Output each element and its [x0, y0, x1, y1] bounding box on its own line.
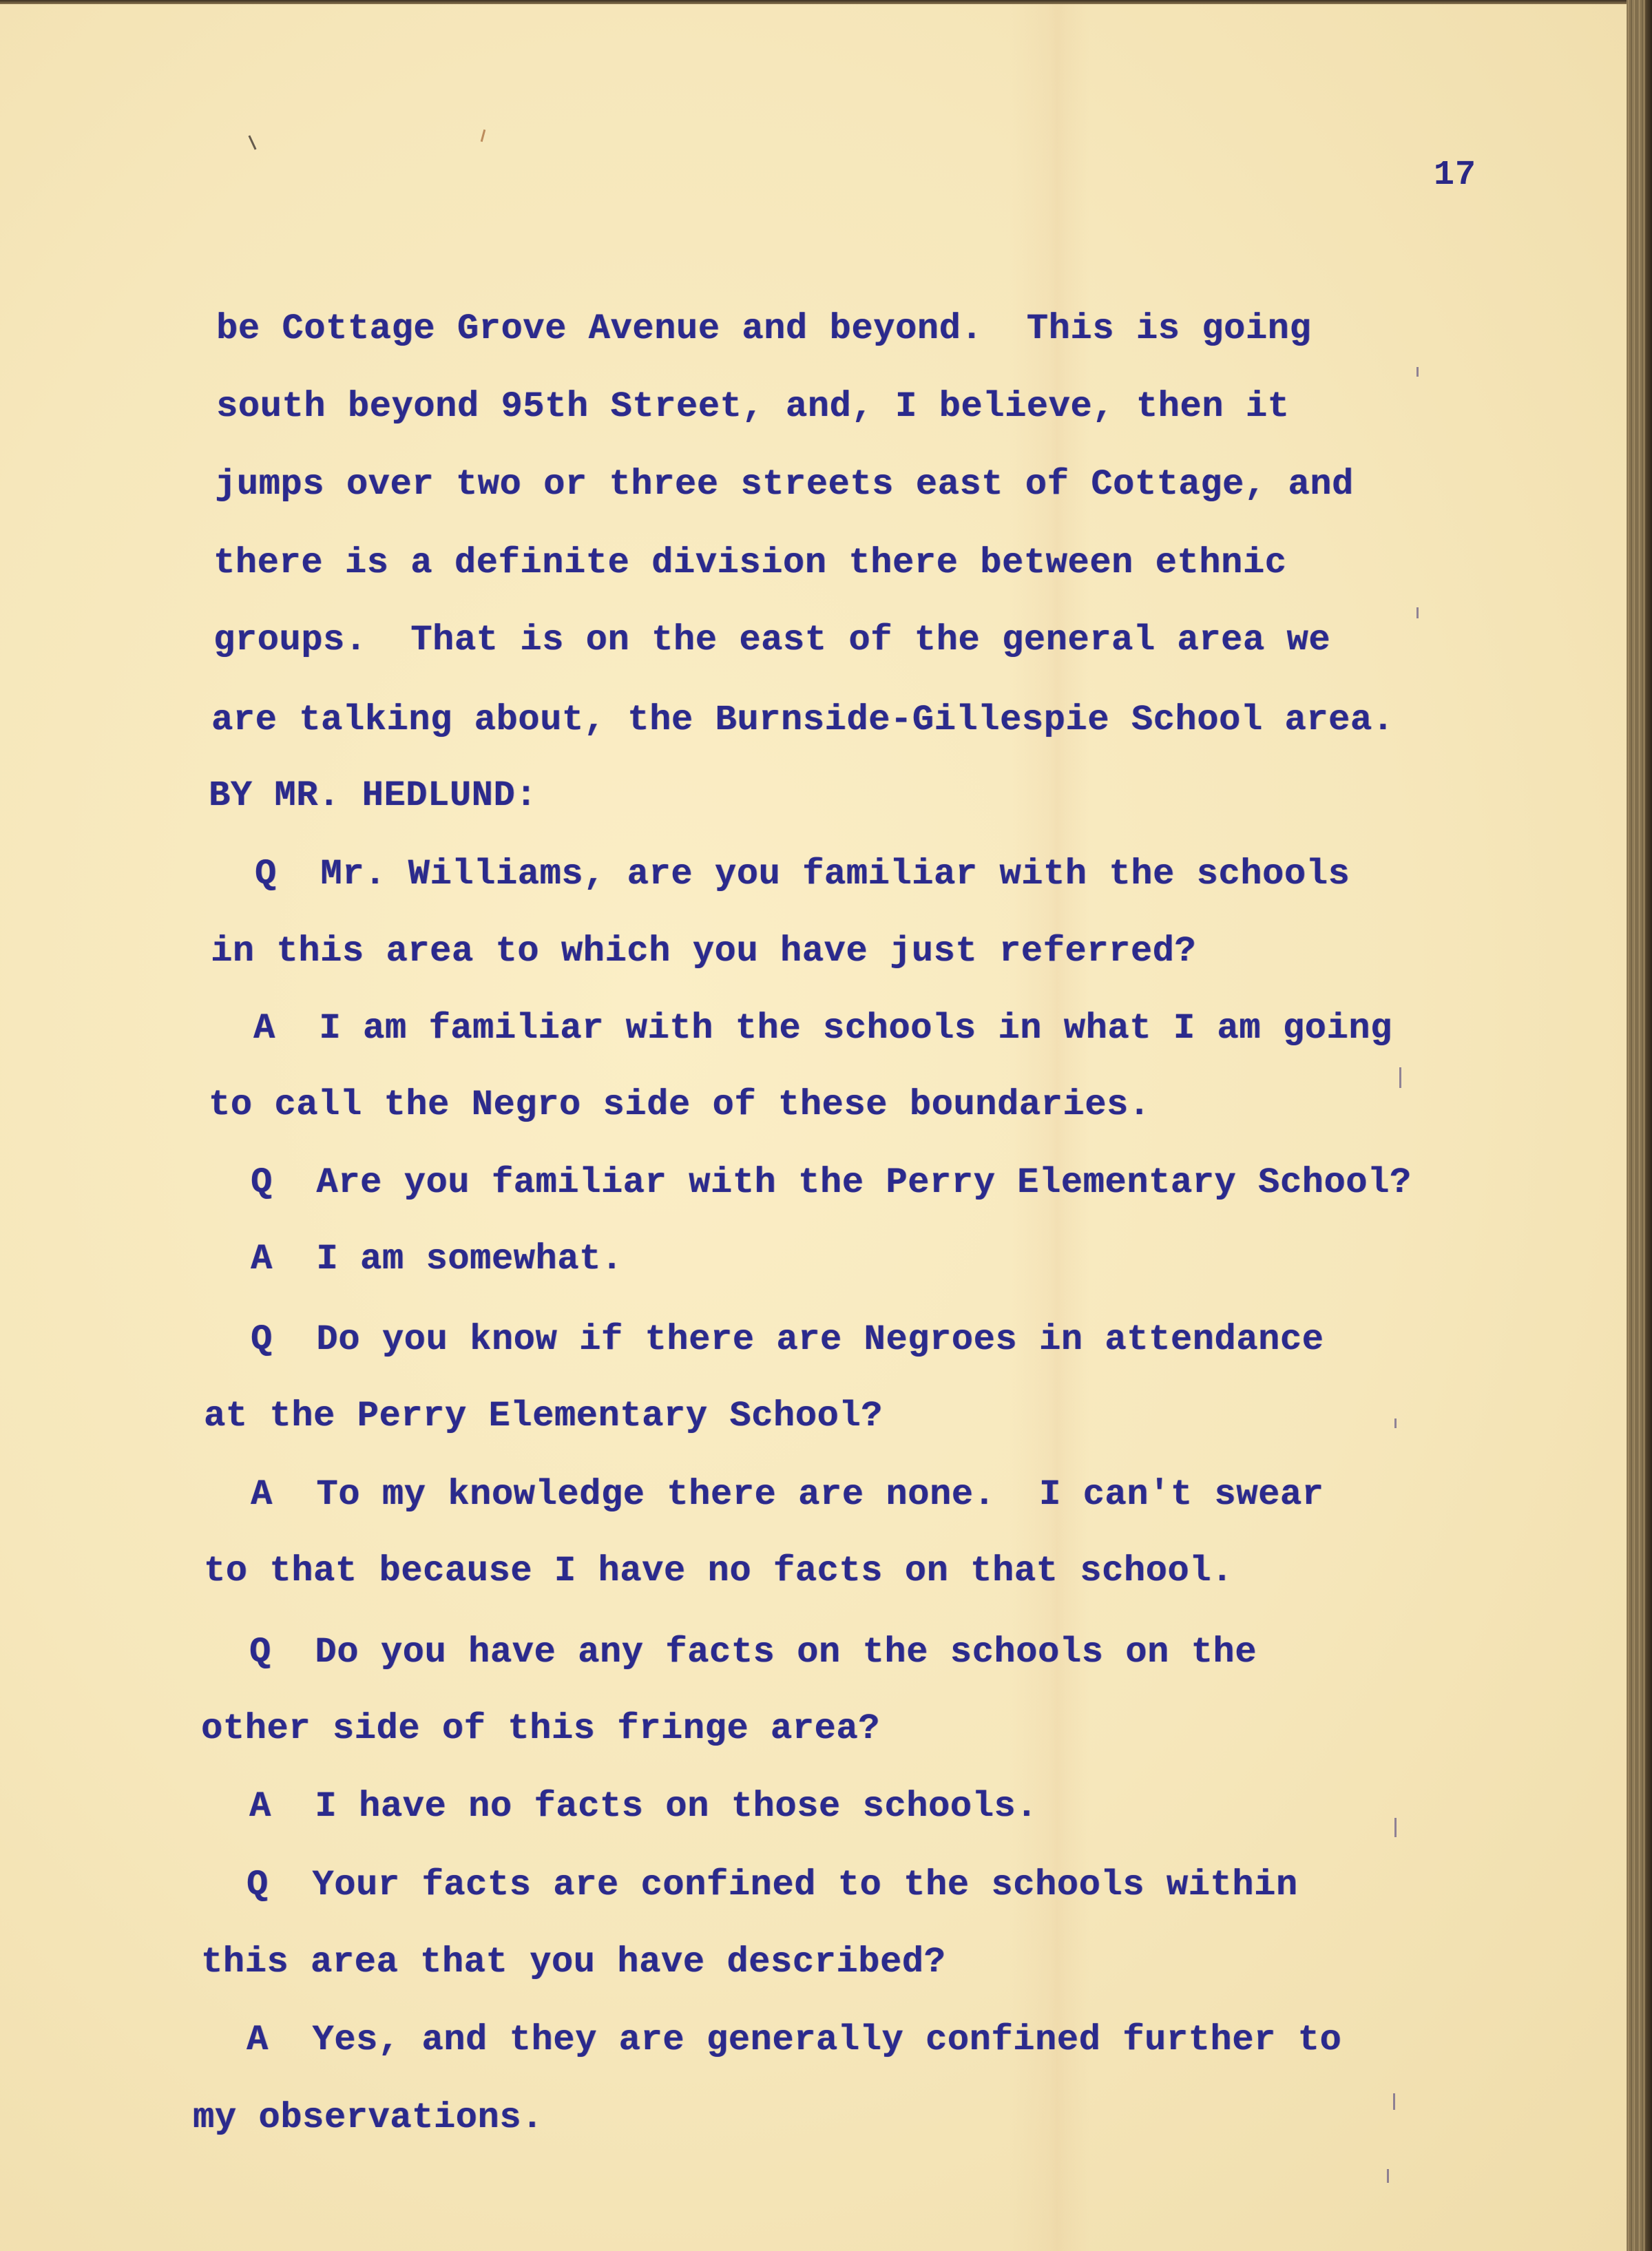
stray-mark: [481, 129, 486, 142]
transcript-line: A I am familiar with the schools in what…: [253, 1008, 1392, 1049]
transcript-line: are talking about, the Burnside-Gillespi…: [211, 700, 1394, 740]
document-page: 17 be Cottage Grove Avenue and beyond. T…: [0, 0, 1627, 2251]
transcript-line: south beyond 95th Street, and, I believe…: [216, 386, 1289, 427]
stray-mark: [248, 135, 256, 149]
transcript-line: be Cottage Grove Avenue and beyond. This…: [216, 308, 1311, 349]
stray-mark: [1393, 2093, 1395, 2110]
transcript-line: Q Your facts are confined to the schools…: [247, 1865, 1298, 1905]
transcript-line: A I have no facts on those schools.: [249, 1786, 1038, 1827]
page-number: 17: [1434, 156, 1476, 195]
transcript-line: there is a definite division there betwe…: [213, 543, 1286, 583]
transcript-line: other side of this fringe area?: [201, 1708, 880, 1749]
transcript-line: groups. That is on the east of the gener…: [213, 620, 1330, 660]
transcript-line: at the Perry Elementary School?: [204, 1396, 883, 1436]
transcript-line: jumps over two or three streets east of …: [215, 464, 1354, 505]
book-page-edges: [1627, 0, 1652, 2251]
book-top-edge: [0, 0, 1652, 4]
transcript-line: this area that you have described?: [201, 1942, 945, 1982]
stray-mark: [1394, 1418, 1397, 1428]
stray-mark: [1416, 607, 1419, 618]
stray-mark: [1416, 367, 1419, 377]
transcript-line: Q Do you know if there are Negroes in at…: [251, 1319, 1324, 1360]
transcript-line: Q Are you familiar with the Perry Elemen…: [251, 1162, 1412, 1203]
transcript-line: Q Mr. Williams, are you familiar with th…: [255, 854, 1350, 894]
transcript-line: my observations.: [193, 2097, 543, 2138]
stray-mark: [1399, 1067, 1401, 1088]
transcript-line: A I am somewhat.: [251, 1239, 623, 1279]
transcript-line: A To my knowledge there are none. I can'…: [251, 1474, 1324, 1515]
stray-mark: [1394, 1818, 1397, 1837]
transcript-line: to call the Negro side of these boundari…: [209, 1085, 1151, 1125]
transcript-line: A Yes, and they are generally confined f…: [247, 2020, 1341, 2060]
transcript-line: Q Do you have any facts on the schools o…: [249, 1632, 1257, 1673]
stray-mark: [1387, 2169, 1389, 2183]
transcript-line: BY MR. HEDLUND:: [209, 775, 537, 816]
transcript-line: to that because I have no facts on that …: [204, 1551, 1233, 1591]
transcript-line: in this area to which you have just refe…: [211, 931, 1196, 972]
